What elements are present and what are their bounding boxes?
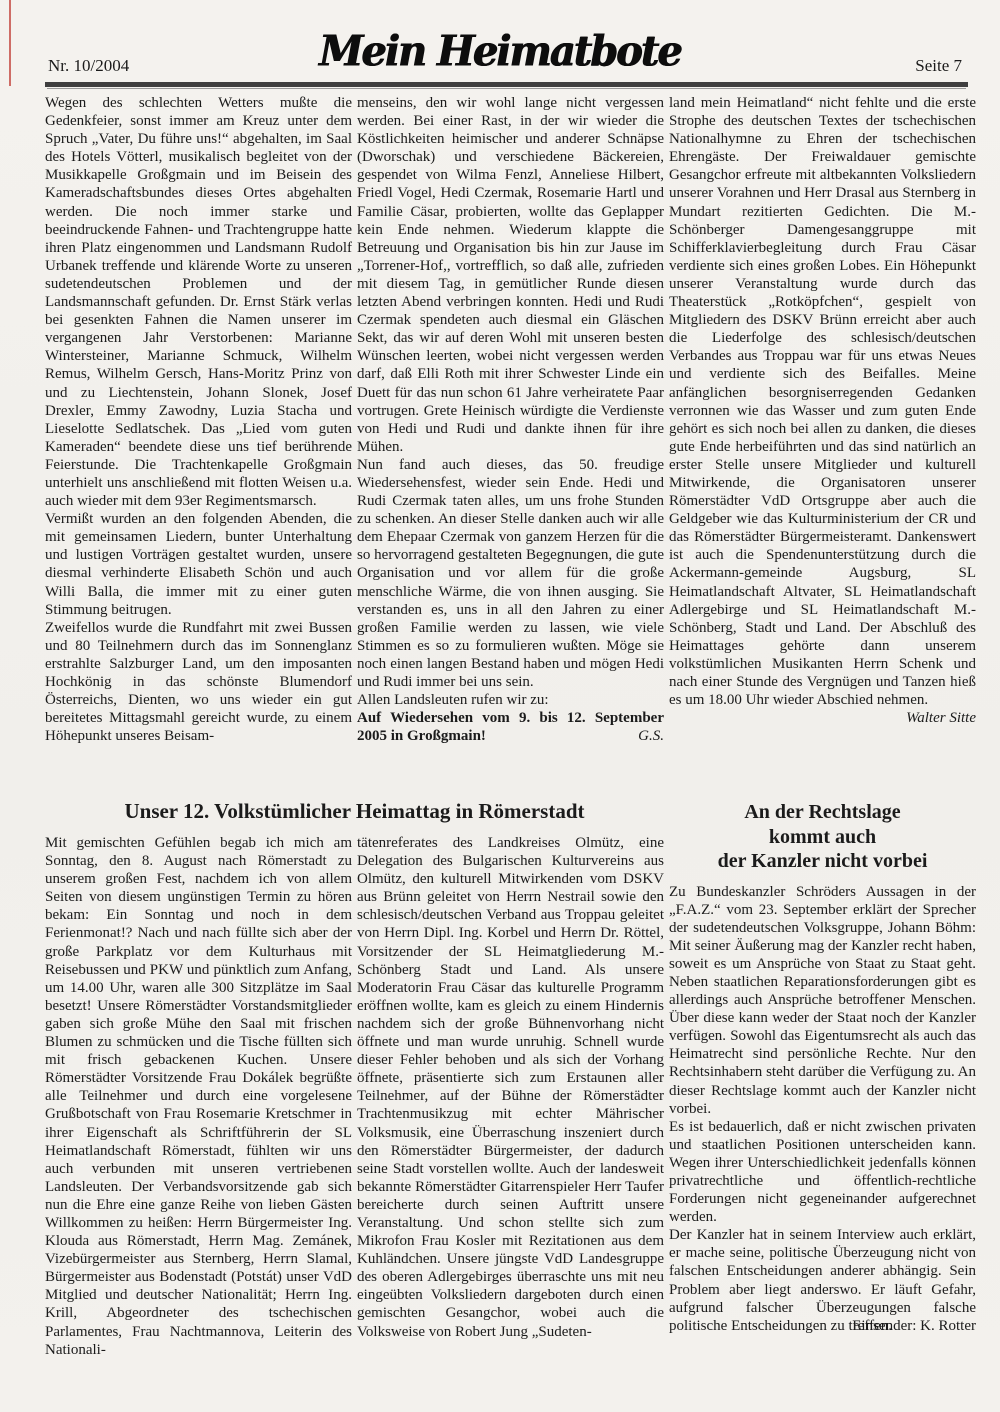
article-grossgmain-col2: menseins, den wir wohl lange nicht verge… <box>357 94 664 745</box>
paragraph: Nun fand auch dieses, das 50. freudige W… <box>357 456 664 691</box>
headline-line: der Kanzler nicht vorbei <box>669 849 976 874</box>
newspaper-page: Nr. 10/2004 Mein Heimatbote Seite 7 Wege… <box>0 0 1000 1412</box>
closing-paragraph: Der Kanzler hat in seinem Interview auch… <box>669 1226 976 1335</box>
headline-heimattag: Unser 12. Volkstümlicher Heimattag in Rö… <box>45 799 664 823</box>
article-rechtslage: An der Rechtslage kommt auch der Kanzler… <box>669 800 976 1335</box>
closing-bold-text: Auf Wiedersehen vom 9. bis 12. September… <box>357 710 664 744</box>
article-heimattag-col2: tätenreferates des Landkreises Olmütz, e… <box>357 834 664 1341</box>
headline-line: kommt auch <box>669 825 976 850</box>
paragraph: tätenreferates des Landkreises Olmütz, e… <box>357 834 664 1341</box>
headline-line: An der Rechtslage <box>669 800 976 825</box>
paragraph: Vermißt wurden an den folgenden Abenden,… <box>45 510 352 619</box>
article-heimattag-col3-continuation: land mein Heimatland“ nicht fehlte und d… <box>669 94 976 727</box>
paragraph: Mit gemischten Gefühlen begab ich mich a… <box>45 834 352 1359</box>
headline-rechtslage: An der Rechtslage kommt auch der Kanzler… <box>669 800 976 874</box>
paragraph: Es ist bedauerlich, daß er nicht zwische… <box>669 1118 976 1227</box>
sender-credit: Einsender: K. Rotter <box>852 1317 976 1335</box>
paragraph: menseins, den wir wohl lange nicht verge… <box>357 94 664 456</box>
closing-announcement: Auf Wiedersehen vom 9. bis 12. September… <box>357 709 664 745</box>
author-signature: Walter Sitte <box>669 709 976 727</box>
call-line: Allen Landsleuten rufen wir zu: <box>357 691 664 709</box>
paragraph: Zu Bundeskanzler Schröders Aussagen in d… <box>669 883 976 1118</box>
page-number: Seite 7 <box>915 56 962 76</box>
paragraph: land mein Heimatland“ nicht fehlte und d… <box>669 94 976 709</box>
header-rule <box>45 82 968 87</box>
masthead-logo: Mein Heimatbote <box>0 27 1000 76</box>
author-initials: G.S. <box>638 727 664 745</box>
article-heimattag-col1: Mit gemischten Gefühlen begab ich mich a… <box>45 834 352 1359</box>
paragraph: Zweifellos wurde die Rundfahrt mit zwei … <box>45 619 352 746</box>
article-grossgmain-col1: Wegen des schlechten Wetters mußte die G… <box>45 94 352 745</box>
paragraph: Wegen des schlechten Wetters mußte die G… <box>45 94 352 510</box>
